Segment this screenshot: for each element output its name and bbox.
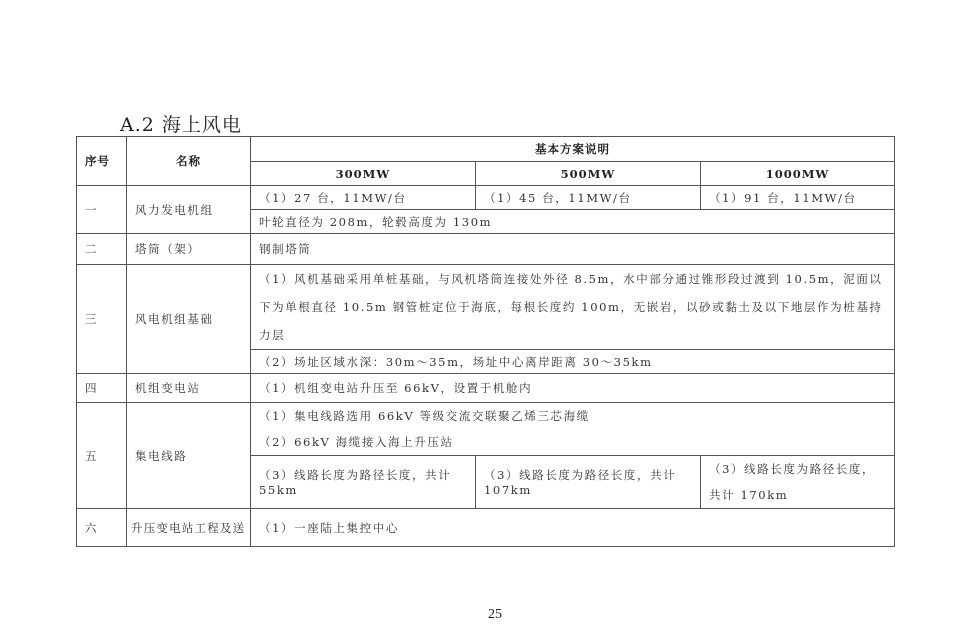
row-seq: 二 bbox=[77, 234, 127, 265]
cell-shared: 叶轮直径为 208m，轮毂高度为 130m bbox=[251, 210, 895, 234]
page-number: 25 bbox=[488, 607, 502, 623]
cell-shared: （1）风机基础采用单桩基础，与风机塔筒连接处外径 8.5m，水中部分通过锥形段过… bbox=[251, 265, 895, 350]
table-row: 三 风电机组基础 （1）风机基础采用单桩基础，与风机塔筒连接处外径 8.5m，水… bbox=[77, 265, 895, 350]
row-name: 机组变电站 bbox=[127, 374, 251, 403]
row-seq: 六 bbox=[77, 509, 127, 547]
cell-1000mw: （3）线路长度为路径长度，共计 170km bbox=[701, 456, 895, 509]
cell-line: （2）66kV 海缆接入海上升压站 bbox=[259, 429, 886, 455]
header-name: 名称 bbox=[127, 137, 251, 186]
cell-shared: （1）一座陆上集控中心 bbox=[251, 509, 895, 547]
table-row: 一 风力发电机组 （1）27 台，11MW/台 （1）45 台，11MW/台 （… bbox=[77, 186, 895, 210]
cell-shared: （1）集电线路选用 66kV 等级交流交联聚乙烯三芯海缆 （2）66kV 海缆接… bbox=[251, 403, 895, 456]
cell-shared: （1）机组变电站升压至 66kV，设置于机舱内 bbox=[251, 374, 895, 403]
table-row: 二 塔筒（架） 钢制塔筒 bbox=[77, 234, 895, 265]
row-seq: 四 bbox=[77, 374, 127, 403]
row-name: 集电线路 bbox=[127, 403, 251, 509]
row-seq: 五 bbox=[77, 403, 127, 509]
cell-300mw: （3）线路长度为路径长度，共计 55km bbox=[251, 456, 476, 509]
table-row: 六 升压变电站工程及送 （1）一座陆上集控中心 bbox=[77, 509, 895, 547]
cell-500mw: （3）线路长度为路径长度，共计 107km bbox=[476, 456, 701, 509]
row-name: 升压变电站工程及送 bbox=[127, 509, 251, 547]
cell-500mw: （1）45 台，11MW/台 bbox=[476, 186, 701, 210]
cell-1000mw: （1）91 台，11MW/台 bbox=[701, 186, 895, 210]
table-row: 五 集电线路 （1）集电线路选用 66kV 等级交流交联聚乙烯三芯海缆 （2）6… bbox=[77, 403, 895, 456]
section-title: A.2 海上风电 bbox=[120, 110, 242, 137]
cell-line: （1）集电线路选用 66kV 等级交流交联聚乙烯三芯海缆 bbox=[259, 403, 886, 429]
header-1000mw: 1000MW bbox=[701, 162, 895, 186]
cell-shared: 钢制塔筒 bbox=[251, 234, 895, 265]
cell-300mw: （1）27 台，11MW/台 bbox=[251, 186, 476, 210]
header-basic-plan: 基本方案说明 bbox=[251, 137, 895, 162]
row-name: 风力发电机组 bbox=[127, 186, 251, 234]
table-row: 四 机组变电站 （1）机组变电站升压至 66kV，设置于机舱内 bbox=[77, 374, 895, 403]
row-seq: 一 bbox=[77, 186, 127, 234]
row-name: 塔筒（架） bbox=[127, 234, 251, 265]
header-500mw: 500MW bbox=[476, 162, 701, 186]
offshore-wind-plan-table: 序号 名称 基本方案说明 300MW 500MW 1000MW 一 风力发电机组… bbox=[76, 136, 895, 547]
row-name: 风电机组基础 bbox=[127, 265, 251, 374]
cell-shared: （2）场址区域水深：30m～35m，场址中心离岸距离 30～35km bbox=[251, 350, 895, 374]
header-seq: 序号 bbox=[77, 137, 127, 186]
header-300mw: 300MW bbox=[251, 162, 476, 186]
row-seq: 三 bbox=[77, 265, 127, 374]
